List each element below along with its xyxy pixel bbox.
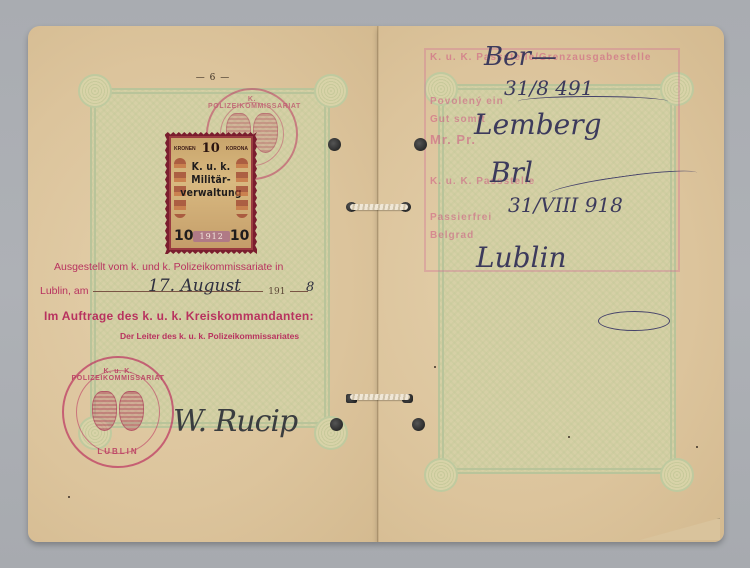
left-page: — 6 — K. POLIZEIKOMMISSARIAT KRONEN 10 K…: [28, 26, 378, 542]
handwritten-visa-line: Lemberg: [474, 108, 602, 141]
stamp-line: Mr. Pr.: [430, 132, 476, 147]
stamp-value-right: 10: [230, 228, 249, 244]
binding-hole: [412, 418, 425, 431]
rosette-ornament: [78, 74, 112, 108]
handwritten-visa-line: 31/VIII 918: [508, 193, 623, 217]
seal-city: LUBLIN: [64, 447, 172, 456]
stamp-top-value: 10: [202, 141, 220, 156]
ink-speck: [696, 446, 698, 448]
rosette-ornament: [424, 458, 458, 492]
stamp-line: Povolený ein: [430, 96, 504, 107]
handwritten-visa-line: Brl: [490, 156, 533, 189]
folded-corner: [640, 518, 720, 540]
overprint-line: K. u. k.: [177, 160, 245, 173]
official-signature: W. Rucip: [173, 404, 297, 439]
overprint-line: verwaltung: [177, 186, 245, 199]
head-of-office-line: Der Leiter des k. u. k. Polizeikommissar…: [120, 331, 420, 341]
ink-speck: [68, 496, 70, 498]
stamp-overprint: K. u. k. Militär- verwaltung: [177, 160, 245, 199]
stamp-value-left: 10: [174, 228, 193, 244]
seal-ring-text: K. POLIZEIKOMMISSARIAT: [208, 96, 296, 110]
binding-hole: [414, 138, 427, 151]
handwritten-year-digit: 8: [306, 280, 314, 295]
printed-year-prefix: 191: [268, 287, 285, 297]
rosette-ornament: [660, 458, 694, 492]
issued-place: Lublin, am: [40, 285, 88, 297]
page-number: — 6 —: [183, 73, 243, 83]
pen-flourish: [598, 311, 670, 331]
binding-hole: [328, 138, 341, 151]
right-page: K. u. K. Passstelle/Grenzausgabestelle P…: [378, 26, 724, 542]
seal-ring-text: K. u. K. POLIZEIKOMMISSARIAT: [64, 368, 172, 382]
stamp-currency-left: KRONEN: [174, 146, 196, 152]
binding-thread: [350, 394, 410, 400]
pen-flourish: [518, 96, 668, 107]
stamp-currency-right: KORONA: [226, 146, 248, 152]
binding-hole: [330, 418, 343, 431]
issued-by-line: Ausgestellt vom k. und k. Polizeikommiss…: [54, 261, 354, 273]
overprint-line: Militär-: [177, 173, 245, 186]
ink-speck: [568, 436, 570, 438]
stamp-line: Belgrad: [430, 230, 474, 241]
handwritten-visa-line: Lublin: [476, 241, 567, 274]
handwritten-date: 17. August: [148, 276, 241, 296]
revenue-stamp: KRONEN 10 KORONA K. u. k. Militär- verwa…: [165, 132, 257, 254]
spine-fold: [377, 26, 379, 542]
police-seal-lublin: K. u. K. POLIZEIKOMMISSARIAT LUBLIN: [62, 356, 174, 468]
on-behalf-line: Im Auftrage des k. u. k. Kreiskommandant…: [44, 309, 344, 323]
binding-thread: [350, 204, 408, 210]
stamp-year: 1912: [193, 231, 229, 242]
ink-speck: [434, 366, 436, 368]
passport-booklet: — 6 — K. POLIZEIKOMMISSARIAT KRONEN 10 K…: [28, 26, 726, 546]
coat-of-arms-icon: [92, 391, 144, 433]
handwritten-visa-line: Ber—: [484, 42, 557, 72]
rosette-ornament: [314, 74, 348, 108]
stamp-line: Passierfrei: [430, 212, 492, 223]
